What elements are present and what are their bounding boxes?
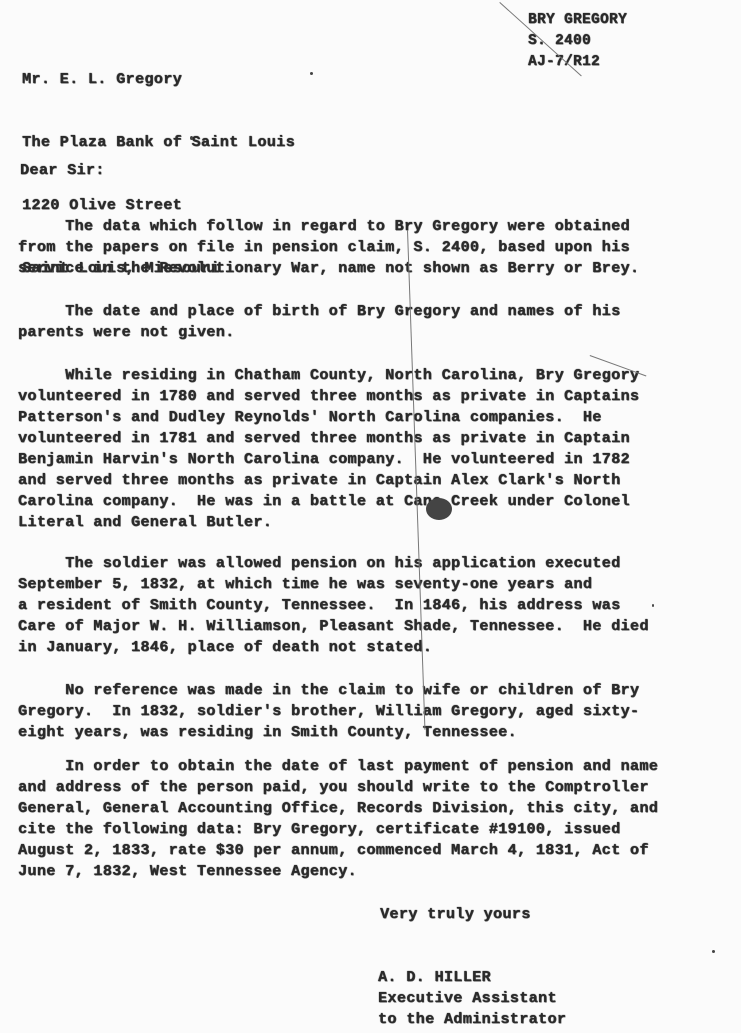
paragraph-line: Carolina company. He was in a battle at …: [18, 491, 733, 512]
paragraph-instructions: In order to obtain the date of last paym…: [18, 756, 733, 882]
paragraph-line: and served three months as private in Ca…: [18, 470, 733, 491]
paragraph-line: No reference was made in the claim to wi…: [18, 680, 733, 701]
paragraph-line: June 7, 1832, West Tennessee Agency.: [18, 861, 733, 882]
paragraph-line: The data which follow in regard to Bry G…: [18, 216, 733, 237]
paragraph-line: cite the following data: Bry Gregory, ce…: [18, 819, 733, 840]
paragraph-line: September 5, 1832, at which time he was …: [18, 574, 733, 595]
paragraph-service: While residing in Chatham County, North …: [18, 365, 733, 533]
recipient-bank: The Plaza Bank of Saint Louis: [22, 131, 295, 154]
reference-code: AJ-7/R12: [528, 52, 627, 73]
reference-name: BRY GREGORY: [528, 10, 627, 31]
scan-speck: [190, 136, 193, 140]
recipient-name: Mr. E. L. Gregory: [22, 68, 295, 91]
paragraph-line: volunteered in 1780 and served three mon…: [18, 386, 733, 407]
paragraph-line: eight years, was residing in Smith Count…: [18, 722, 733, 743]
signature-block: A. D. HILLER Executive Assistant to the …: [378, 967, 566, 1030]
paragraph-line: August 2, 1833, rate $30 per annum, comm…: [18, 840, 733, 861]
paragraph-line: In order to obtain the date of last paym…: [18, 756, 733, 777]
paragraph-line: Gregory. In 1832, soldier's brother, Wil…: [18, 701, 733, 722]
paragraph-line: in January, 1846, place of death not sta…: [18, 637, 733, 658]
paragraph-line: from the papers on file in pension claim…: [18, 237, 733, 258]
signer-title: Executive Assistant: [378, 988, 566, 1009]
letter-page: Mr. E. L. Gregory The Plaza Bank of Sain…: [0, 0, 741, 1033]
ink-blot: [426, 498, 452, 520]
paragraph-pension: The soldier was allowed pension on his a…: [18, 553, 733, 658]
closing: Very truly yours: [380, 904, 531, 924]
salutation: Dear Sir:: [20, 160, 105, 180]
scan-speck: [310, 72, 313, 75]
paragraph-line: Literal and General Butler.: [18, 512, 733, 533]
scan-speck: [712, 950, 715, 953]
paragraph-line: Patterson's and Dudley Reynolds' North C…: [18, 407, 733, 428]
paragraph-line: and address of the person paid, you shou…: [18, 777, 733, 798]
signer-department: to the Administrator: [378, 1009, 566, 1030]
signer-name: A. D. HILLER: [378, 967, 566, 988]
paragraph-line: Benjamin Harvin's North Carolina company…: [18, 449, 733, 470]
paragraph-line: a resident of Smith County, Tennessee. I…: [18, 595, 733, 616]
recipient-street: 1220 Olive Street: [22, 194, 295, 217]
paragraph-sources: The data which follow in regard to Bry G…: [18, 216, 733, 279]
paragraph-birth: The date and place of birth of Bry Grego…: [18, 301, 733, 343]
paragraph-line: The soldier was allowed pension on his a…: [18, 553, 733, 574]
paragraph-family: No reference was made in the claim to wi…: [18, 680, 733, 743]
paragraph-line: parents were not given.: [18, 322, 733, 343]
paragraph-line: The date and place of birth of Bry Grego…: [18, 301, 733, 322]
scan-speck: [652, 604, 654, 607]
paragraph-line: service in the Revolutionary War, name n…: [18, 258, 733, 279]
paragraph-line: volunteered in 1781 and served three mon…: [18, 428, 733, 449]
paragraph-line: Care of Major W. H. Williamson, Pleasant…: [18, 616, 733, 637]
paragraph-line: General, General Accounting Office, Reco…: [18, 798, 733, 819]
